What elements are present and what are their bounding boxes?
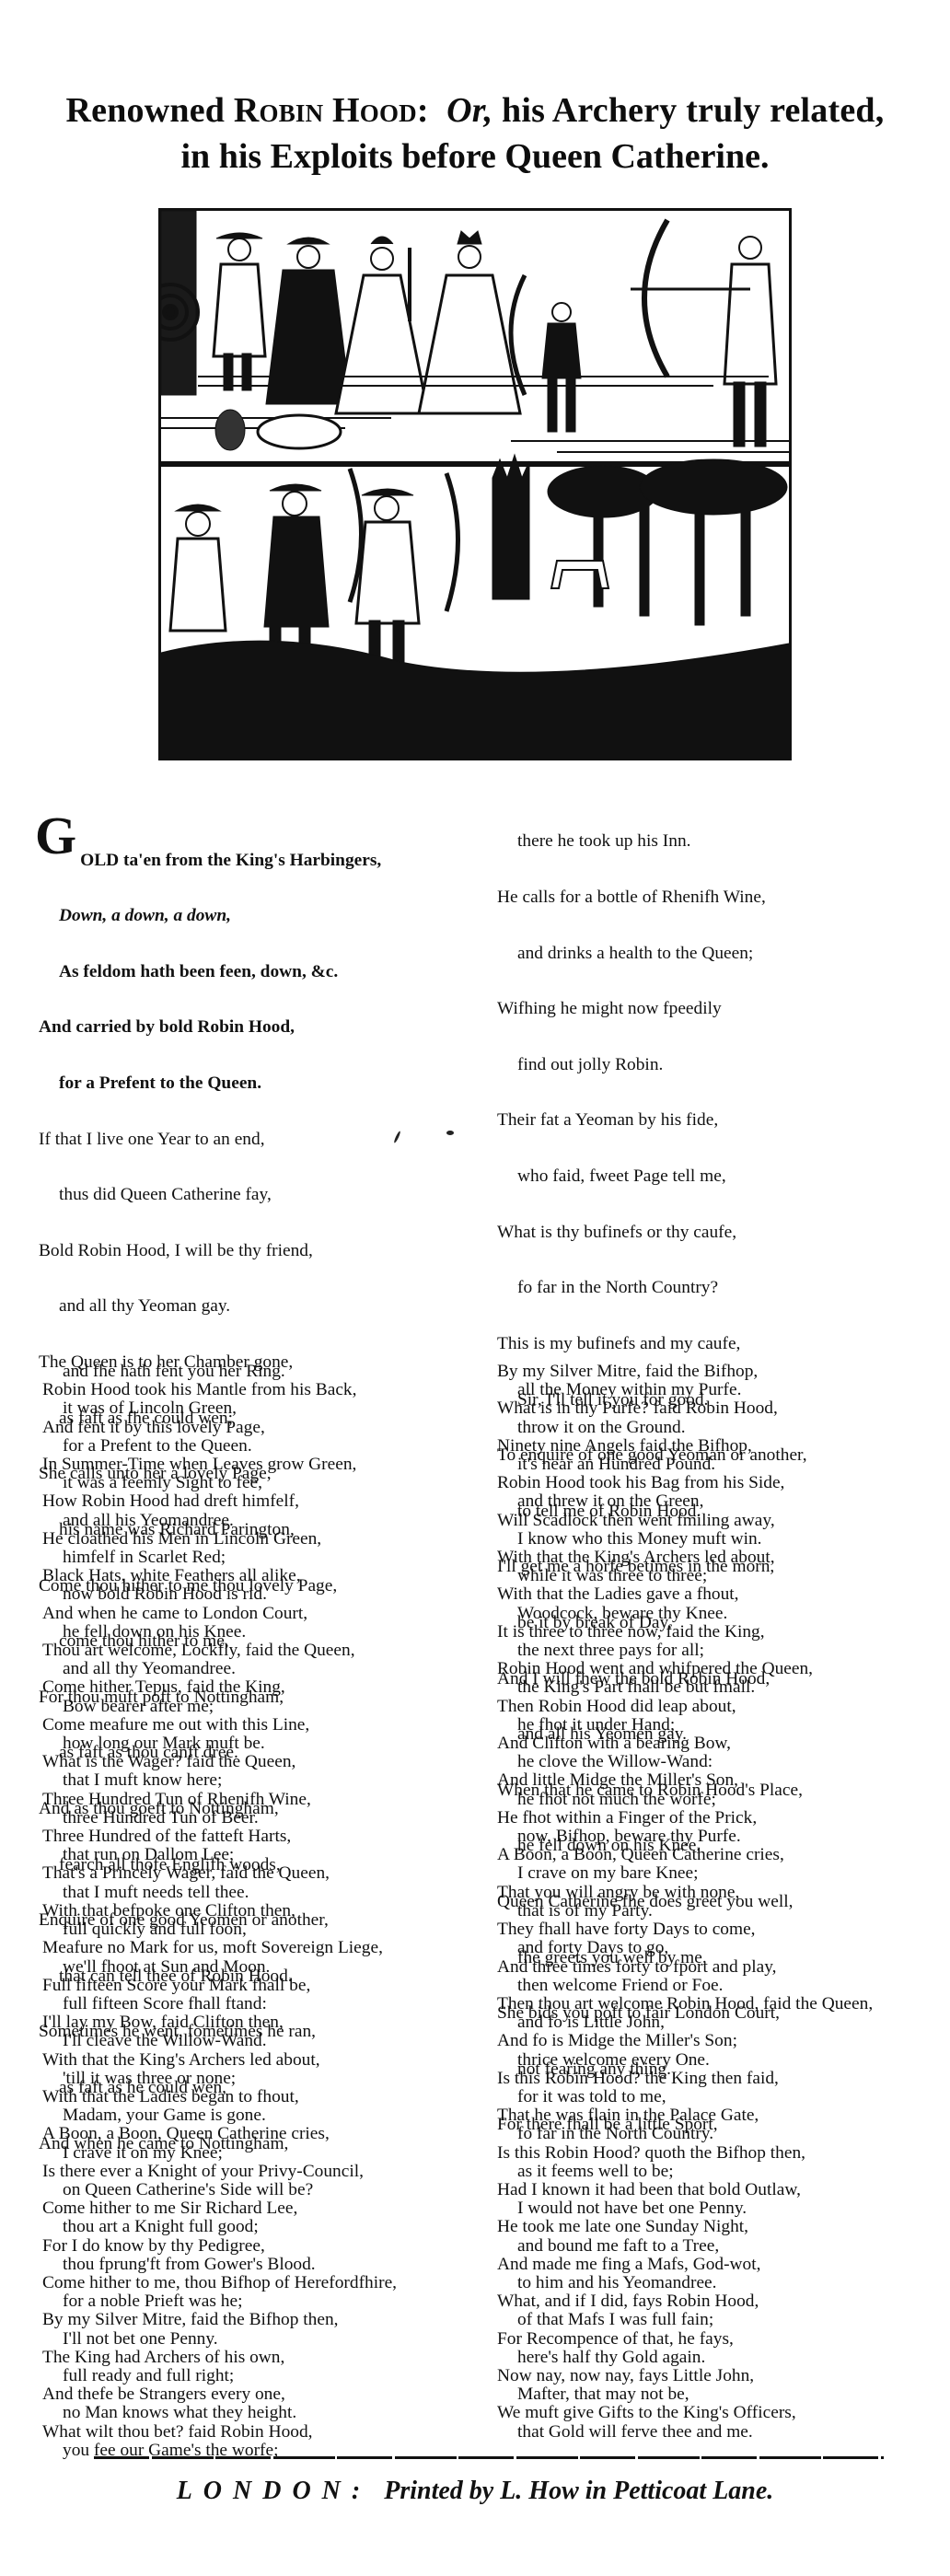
verse-line: thus did Queen Catherine fay, [39,1186,340,1204]
verse-line: while it was three to three; [497,1567,873,1585]
verse-line: for a Prefent to the Queen. [39,1074,340,1093]
verse-line: Is there ever a Knight of your Privy-Cou… [42,2163,397,2181]
verse-line: that run on Dallom Lee; [42,1846,397,1864]
verse-line: it's near an Hundred Pound. [497,1456,873,1474]
verse-line: three Hundred Tun of Beer. [42,1809,397,1828]
verse-line: Woodcock, beware thy Knee. [497,1605,873,1623]
verse-line: Bold Robin Hood, I will be thy friend, [39,1242,340,1260]
verse-line: OLD ta'en from the King's Harbingers, [39,852,340,870]
verse-line: all the Money within my Purfe. [497,1381,873,1399]
verse-line: What, and if I did, fays Robin Hood, [497,2292,873,2311]
verse-line: Then thou art welcome Robin Hood, faid t… [497,1995,873,2013]
verse-line: It is three to three now, faid the King, [497,1623,873,1642]
ballad-column-4: By my Silver Mitre, faid the Bifhop,all … [497,1363,873,2442]
verse-line: Three Hundred Tun of Rhenifh Wine, [42,1791,397,1809]
verse-line: now, Bifhop, beware thy Purfe. [497,1828,873,1846]
verse-line: I'll lay my Bow, faid Clifton then, [42,2013,397,2032]
verse-line: What is in thy Purfe? faid Robin Hood, [497,1399,873,1418]
verse-line: find out jolly Robin. [497,1056,807,1074]
verse-line: on Queen Catherine's Side will be? [42,2181,397,2199]
verse-line: Ninety nine Angels faid the Bifhop, [497,1437,873,1456]
verse-line: Their fat a Yeoman by his fide, [497,1111,807,1130]
ink-blemish [446,1131,454,1135]
verse-line: A Boon, a Boon, Queen Catherine cries, [497,1846,873,1864]
verse-line: And fent it by this lovely Page, [42,1419,397,1437]
verse-line: By my Silver Mitre, faid the Bifhop, [497,1363,873,1381]
verse-line: we'll fhoot at Sun and Moon. [42,1958,397,1977]
verse-line: What is thy bufinefs or thy caufe, [497,1224,807,1242]
verse-line: and fhe hath fent you her Ring. [42,1363,397,1381]
verse-line: Come hither to me, thou Bifhop of Herefo… [42,2274,397,2292]
verse-line: Come hither to me Sir Richard Lee, [42,2199,397,2218]
verse-line: and forty Days to go, [497,1939,873,1957]
verse-line: Will Scadlock then went fmiling away, [497,1512,873,1530]
verse-line: of that Mafs I was full fain; [497,2311,873,2329]
verse-line: full quickly and full foon, [42,1920,397,1939]
verse-line: and fo is Little John, [497,2013,873,2032]
verse-line: I crave on my bare Knee; [497,1864,873,1883]
verse-line: By my Silver Mitre, faid the Bifhop then… [42,2311,397,2329]
verse-line: Black Hats, white Feathers all alike, [42,1567,397,1585]
verse-line: full fifteen Score fhall ftand: [42,1995,397,2013]
verse-line: Down, a down, a down, [39,907,340,925]
verse-line: That you will angry be with none, [497,1884,873,1902]
verse-line: Madam, your Game is gone. [42,2106,397,2125]
verse-line: In Summer-Time when Leaves grow Green, [42,1456,397,1474]
title-renowned: Renowned [66,91,234,130]
verse-line: and drinks a health to the Queen; [497,945,807,963]
drop-cap: G [35,816,76,856]
verse-line: and bound me faft to a Tree, [497,2237,873,2256]
verse-line: 'till it was three or none; [42,2070,397,2088]
verse-line: For I do know by thy Pedigree, [42,2237,397,2256]
verse-line: A Boon, a Boon, Queen Catherine cries, [42,2125,397,2143]
verse-line: And when he came to London Court, [42,1605,397,1623]
verse-line: Wifhing he might now fpeedily [497,1000,807,1018]
title-or: Or, [446,91,492,130]
verse-line: And Clifton with a bearing Bow, [497,1735,873,1753]
verse-line: I'll cleave the Willow-Wand. [42,2032,397,2050]
verse-line: who faid, fweet Page tell me, [497,1167,807,1186]
verse-line: He fhot within a Finger of the Prick, [497,1809,873,1828]
verse-line: He calls for a bottle of Rhenifh Wine, [497,888,807,907]
verse-line: What wilt thou bet? faid Robin Hood, [42,2423,397,2442]
verse-line: I'll not bet one Penny. [42,2330,397,2349]
verse-line: no Man knows what they height. [42,2404,397,2422]
verse-line: full ready and full right; [42,2367,397,2385]
title-robin-hood: Robin Hood: [234,91,429,130]
ballad-title-line-2: in his Exploits before Queen Catherine. [0,136,950,177]
verse-line: then welcome Friend or Foe. [497,1977,873,1995]
verse-line: And three times forty to fport and play, [497,1958,873,1977]
verse-line: For Recompence of that, he fays, [497,2330,873,2349]
verse-line: that is of my Party. [497,1902,873,1920]
colophon: LONDON:Printed by L. How in Petticoat La… [0,2477,950,2506]
verse-line: He cloathed his Men in Lincoln Green, [42,1530,397,1549]
verse-line: Had I known it had been that bold Outlaw… [497,2181,873,2199]
verse-line: it was of Lincoln Green, [42,1399,397,1418]
verse-line: With that the King's Archers led about, [42,2051,397,2070]
verse-line: That's a Princely Wager, faid the Queen, [42,1864,397,1883]
verse-line: that I muft needs tell thee. [42,1884,397,1902]
verse-line: that I muft know here; [42,1771,397,1790]
verse-line: The King had Archers of his own, [42,2349,397,2367]
verse-line: And carried by bold Robin Hood, [39,1018,340,1037]
colophon-imprint: Printed by L. How in Petticoat Lane. [384,2477,773,2505]
verse-line: What is the Wager? faid the Queen, [42,1753,397,1771]
verse-line: Three Hundred of the fatteft Harts, [42,1828,397,1846]
verse-line: Now nay, now nay, fays Little John, [497,2367,873,2385]
verse-line: that Gold will ferve thee and me. [497,2423,873,2442]
verse-line: Is this Robin Hood? quoth the Bifhop the… [497,2144,873,2163]
verse-line: Robin Hood went and whifpered the Queen, [497,1660,873,1678]
verse-line: he fhot it under Hand; [497,1716,873,1735]
ink-blemish [393,1131,401,1143]
verse-line: Is this Robin Hood? the King then faid, [497,2070,873,2088]
verse-line: With that the Ladies gave a fhout, [497,1585,873,1604]
verse-line: With that the King's Archers led about, [497,1549,873,1567]
verse-line: himfelf in Scarlet Red; [42,1549,397,1567]
verse-line: Robin Hood took his Mantle from his Back… [42,1381,397,1399]
verse-line: Thou art welcome, Lockfly, faid the Quee… [42,1642,397,1660]
verse-line: With that the Ladies began to fhout, [42,2088,397,2106]
verse-line: there he took up his Inn. [497,832,807,851]
verse-line: We muft give Gifts to the King's Officer… [497,2404,873,2422]
verse-line: and all thy Yeomandree. [42,1660,397,1678]
verse-line: Come hither Tepus, faid the King, [42,1678,397,1697]
verse-line: And little Midge the Miller's Son, [497,1771,873,1790]
verse-line: throw it on the Ground. [497,1419,873,1437]
verse-line: as it feems well to be; [497,2163,873,2181]
verse-line: for a noble Prieft was he; [42,2292,397,2311]
ballad-column-3: and fhe hath fent you her Ring.Robin Hoo… [42,1363,397,2460]
verse-line: Full fifteen Score your Mark fhall be, [42,1977,397,1995]
woodland-scene [161,455,789,758]
verse-line: I know who this Money muft win. [497,1530,873,1549]
verse-line: If that I live one Year to an end, [39,1131,340,1149]
verse-line: the King's Part fhall be but fmall. [497,1678,873,1697]
woodcut-illustration [158,208,792,760]
verse-line: he clove the Willow-Wand: [497,1753,873,1771]
verse-line: And made me fing a Mafs, God-wot, [497,2256,873,2274]
verse-line: he fhot not much the worfe; [497,1791,873,1809]
verse-line: for a Prefent to the Queen. [42,1437,397,1456]
verse-line: He took me late one Sunday Night, [497,2218,873,2236]
verse-line: As feldom hath been feen, down, &c. [39,963,340,981]
court-scene [161,211,789,452]
verse-line: now bold Robin Hood is rid. [42,1585,397,1604]
verse-line: to him and his Yeomandree. [497,2274,873,2292]
verse-line: the next three pays for all; [497,1642,873,1660]
verse-line: it was a feemly Sight to fee, [42,1474,397,1492]
verse-line: Bow bearer after me; [42,1698,397,1716]
verse-line: fo far in the North Country? [497,1279,807,1297]
verse-line: Come meafure me out with this Line, [42,1716,397,1735]
verse-line: how long our Mark muft be. [42,1735,397,1753]
verse-line: How Robin Hood had dreft himfelf, [42,1492,397,1511]
verse-line: I crave it on my Knee; [42,2144,397,2163]
verse-line: This is my bufinefs and my caufe, [497,1335,807,1353]
verse-line: he fell down on his Knee. [42,1623,397,1642]
verse-line: And fo is Midge the Miller's Son; [497,2032,873,2050]
verse-line: here's half thy Gold again. [497,2349,873,2367]
verse-line: and all thy Yeoman gay. [39,1297,340,1316]
verse-line: and all his Yeomandree. [42,1512,397,1530]
colophon-rule [94,2456,884,2459]
verse-line: thou art a Knight full good; [42,2218,397,2236]
ballad-title-line-1: Renowned Robin Hood: Or, his Archery tru… [0,90,950,131]
verse-line: thrice welcome every One. [497,2051,873,2070]
verse-line: thou fprung'ft from Gower's Blood. [42,2256,397,2274]
verse-line: They fhall have forty Days to come, [497,1920,873,1939]
verse-line: fo far in the North Country. [497,2125,873,2143]
verse-line: Robin Hood took his Bag from his Side, [497,1474,873,1492]
verse-line: And thefe be Strangers every one, [42,2385,397,2404]
verse-line: I would not have bet one Penny. [497,2199,873,2218]
verse-line: That he was flain in the Palace Gate, [497,2106,873,2125]
verse-line: and threw it on the Green, [497,1492,873,1511]
title-subtitle: his Archery truly related, [492,91,884,130]
verse-line: Then Robin Hood did leap about, [497,1698,873,1716]
verse-line: for it was told to me, [497,2088,873,2106]
colophon-city: LONDON: [177,2477,372,2505]
verse-line: With that befpoke one Clifton then, [42,1902,397,1920]
verse-line: Meafure no Mark for us, moft Sovereign L… [42,1939,397,1957]
verse-line: Mafter, that may not be, [497,2385,873,2404]
